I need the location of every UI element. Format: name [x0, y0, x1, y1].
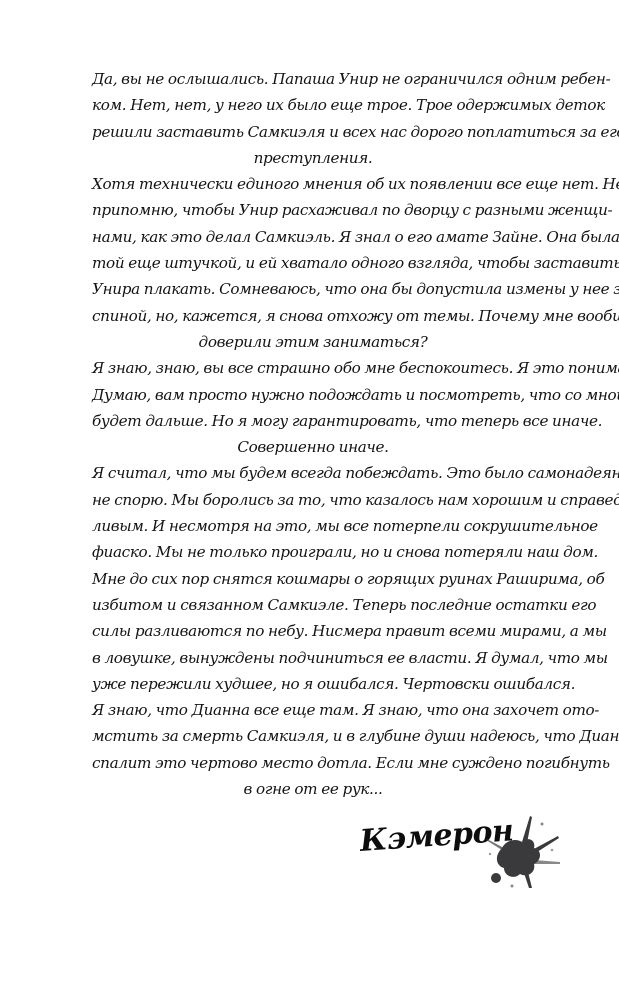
text-line: избитом и связанном Самкиэле. Теперь пос…: [92, 592, 534, 618]
letter-body: Да, вы не ослышались. Папаша Унир не огр…: [92, 66, 534, 802]
text-line: решили заставить Самкиэля и всех нас дор…: [92, 119, 534, 145]
text-line: Мне до сих пор снятся кошмары о горящих …: [92, 566, 534, 592]
document-page: Да, вы не ослышались. Папаша Унир не огр…: [0, 0, 619, 1000]
ink-splatter-icon: [472, 810, 562, 900]
text-line: уже пережили худшее, но я ошибался. Черт…: [92, 671, 534, 697]
text-line: в огне от ее рук...: [92, 776, 534, 802]
text-line: Хотя технически единого мнения об их поя…: [92, 171, 534, 197]
text-line: ком. Нет, нет, у него их было еще трое. …: [92, 92, 534, 118]
text-line: силы разливаются по небу. Нисмера правит…: [92, 618, 534, 644]
text-line: Думаю, вам просто нужно подождать и посм…: [92, 382, 534, 408]
text-line: спиной, но, кажется, я снова отхожу от т…: [92, 303, 534, 329]
text-line: мстить за смерть Самкиэля, и в глубине д…: [92, 723, 534, 749]
text-line: будет дальше. Но я могу гарантировать, ч…: [92, 408, 534, 434]
text-line: Да, вы не ослышались. Папаша Унир не огр…: [92, 66, 534, 92]
text-line: нами, как это делал Самкиэль. Я знал о е…: [92, 224, 534, 250]
text-line: преступления.: [92, 145, 534, 171]
signature: Кэмерон: [360, 810, 560, 900]
text-line: Я считал, что мы будем всегда побеждать.…: [92, 460, 534, 486]
text-line: фиаско. Мы не только проиграли, но и сно…: [92, 539, 534, 565]
text-line: Я знаю, что Дианна все еще там. Я знаю, …: [92, 697, 534, 723]
text-line: припомню, чтобы Унир расхаживал по дворц…: [92, 197, 534, 223]
text-line: той еще штучкой, и ей хватало одного взг…: [92, 250, 534, 276]
text-line: в ловушке, вынуждены подчиниться ее влас…: [92, 645, 534, 671]
text-line: Унира плакать. Сомневаюсь, что она бы до…: [92, 276, 534, 302]
text-line: Я знаю, знаю, вы все страшно обо мне бес…: [92, 355, 534, 381]
text-line: Совершенно иначе.: [92, 434, 534, 460]
text-line: не спорю. Мы боролись за то, что казалос…: [92, 487, 534, 513]
text-line: спалит это чертово место дотла. Если мне…: [92, 750, 534, 776]
text-line: доверили этим заниматься?: [92, 329, 534, 355]
text-line: ливым. И несмотря на это, мы все потерпе…: [92, 513, 534, 539]
